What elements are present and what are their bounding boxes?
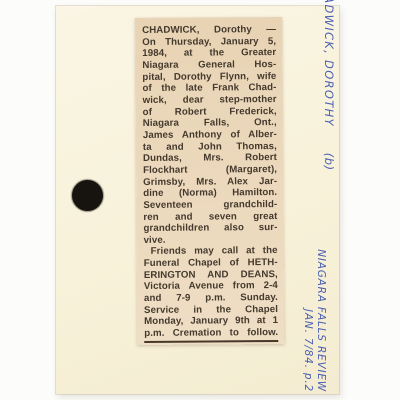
clipping-line: Dundas, Mrs. Robert (143, 152, 277, 165)
clipping-line: dine (Norma) Hamilton. (143, 187, 277, 200)
clipping-line: ta and John Thomas, (143, 141, 277, 154)
clipping-line: and 7-9 p.m. Sunday. (144, 292, 278, 305)
newspaper-clipping: CHADWICK, Dorothy —On Thursday, January … (135, 17, 284, 345)
index-card: CHADWICK, Dorothy —On Thursday, January … (56, 6, 339, 394)
clipping-line: Service in the Chapel (144, 304, 278, 317)
clipping-line: Friends may call at the (144, 245, 278, 258)
handwritten-name-annotation: CHADWICK, DOROTHY(b) (322, 0, 336, 171)
clipping-line: p.m. Cremation to follow. (144, 327, 278, 343)
clipping-line: Funeral Chapel of HETH- (144, 257, 278, 270)
clipping-line: Niagara General Hos- (142, 59, 276, 72)
scanned-page-background: CHADWICK, Dorothy —On Thursday, January … (0, 0, 400, 400)
clipping-line: pital, Dorothy Flynn, wife (142, 71, 276, 84)
clipping-line: grandchildren also sur- (143, 222, 277, 235)
clipping-line: On Thursday, January 5, (142, 36, 276, 49)
clipping-line: Niagara Falls, Ont., (143, 117, 277, 130)
handwritten-source-line1: NIAGARA FALLS REVIEW (314, 238, 327, 392)
clipping-line: ren and seven great (143, 211, 277, 224)
clipping-line: James Anthony of Alber- (143, 129, 277, 142)
clipping-line: of Robert Frederick, (143, 106, 277, 119)
clipping-line: Victoria Avenue from 2-4 (144, 280, 278, 293)
handwritten-name: CHADWICK, DOROTHY (322, 0, 336, 127)
clipping-line: CHADWICK, Dorothy — (142, 24, 276, 37)
handwritten-source-annotation: NIAGARA FALLS REVIEW JAN. 7/84. p.2 (301, 238, 327, 392)
clipping-line: ERINGTON AND DEANS, (144, 269, 278, 282)
clipping-line: vive. (144, 234, 278, 247)
clipping-line: Seventeen grandchild- (143, 199, 277, 212)
handwritten-source-line2: JAN. 7/84. p.2 (301, 238, 314, 392)
clipping-line: 1984, at the Greater (142, 47, 276, 60)
clipping-line: of the late Frank Chad- (142, 82, 276, 95)
clipping-line: Flockhart (Margaret), (143, 164, 277, 177)
clipping-line: Grimsby, Mrs. Alex Jar- (143, 176, 277, 189)
hole-punch-dot (72, 180, 103, 211)
handwritten-name-suffix: (b) (322, 153, 336, 171)
clipping-line: wick, dear step-mother (143, 94, 277, 107)
clipping-line: Monday, January 9th at 1 (144, 315, 278, 328)
